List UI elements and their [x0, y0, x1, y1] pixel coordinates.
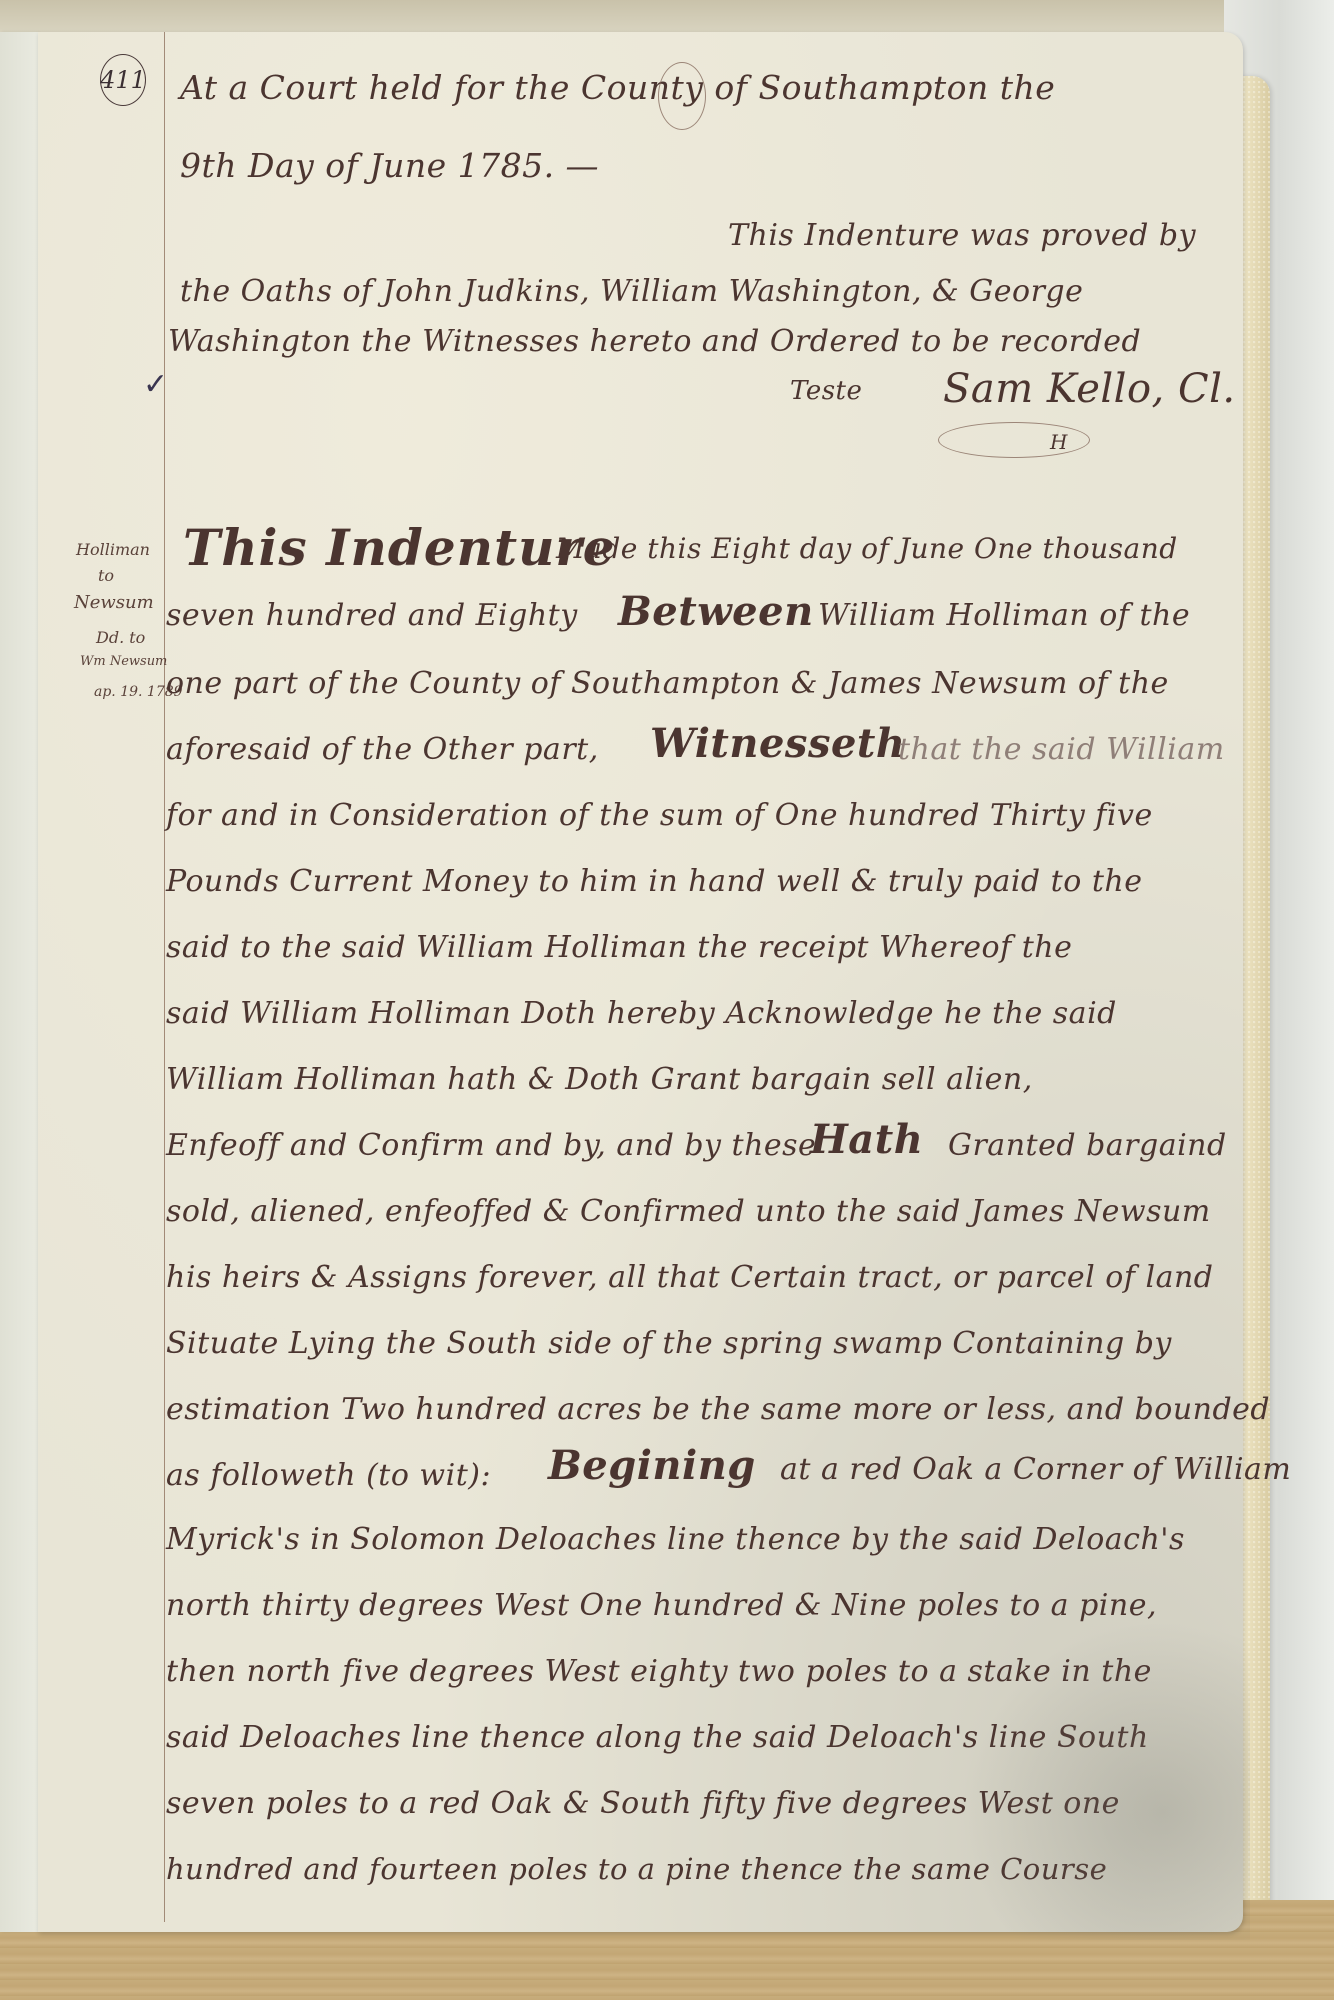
- indenture-line-13: Situate Lying the South side of the spri…: [166, 1326, 1172, 1361]
- certificate-line-5: Washington the Witnesses hereto and Orde…: [168, 324, 1141, 359]
- margin-note-line-3: Newsum: [74, 592, 154, 613]
- indenture-line-19: said Deloaches line thence along the sai…: [166, 1720, 1149, 1755]
- indenture-heading: This Indenture: [183, 518, 616, 577]
- margin-note-line-1: Holliman: [76, 540, 150, 559]
- indenture-line-6: Pounds Current Money to him in hand well…: [166, 864, 1142, 899]
- indenture-line-5: for and in Consideration of the sum of O…: [166, 798, 1153, 833]
- indenture-line-1: Made this Eight day of June One thousand: [556, 532, 1178, 565]
- certificate-line-4: the Oaths of John Judkins, William Washi…: [180, 274, 1083, 309]
- indenture-line-8: said William Holliman Doth hereby Acknow…: [166, 996, 1117, 1031]
- hath-keyword: Hath: [810, 1116, 923, 1163]
- between-keyword: Between: [618, 588, 814, 635]
- indenture-line-18: then north five degrees West eighty two …: [166, 1654, 1152, 1689]
- indenture-line-9: William Holliman hath & Doth Grant barga…: [166, 1062, 1033, 1097]
- margin-note-line-2: to: [98, 566, 114, 585]
- signature-sub-mark: H: [1050, 430, 1068, 454]
- indenture-line-2a: seven hundred and Eighty: [166, 598, 578, 633]
- teste-label: Teste: [790, 376, 862, 406]
- page-number-text: 411: [100, 66, 146, 94]
- indenture-line-15a: as followeth (to wit):: [166, 1458, 491, 1493]
- page-number: 411: [100, 54, 146, 106]
- clerk-signature: Sam Kello, Cl.: [943, 366, 1236, 412]
- certificate-line-3: This Indenture was proved by: [728, 218, 1196, 253]
- witnesseth-keyword: Witnesseth: [650, 720, 905, 767]
- indenture-line-4b: that the said William: [898, 732, 1225, 767]
- indenture-line-15b: at a red Oak a Corner of William: [780, 1452, 1291, 1487]
- indenture-line-3: one part of the County of Southampton & …: [166, 666, 1169, 701]
- indenture-line-21: hundred and fourteen poles to a pine the…: [166, 1852, 1107, 1886]
- margin-note-line-5: Wm Newsum: [80, 654, 167, 669]
- indenture-line-2b: William Holliman of the: [818, 598, 1190, 633]
- check-mark-icon: ✓: [143, 367, 168, 402]
- indenture-line-7: said to the said William Holliman the re…: [166, 930, 1072, 965]
- certificate-line-2: 9th Day of June 1785. —: [180, 146, 599, 185]
- indenture-line-12: his heirs & Assigns forever, all that Ce…: [166, 1260, 1214, 1295]
- indenture-line-17: north thirty degrees West One hundred & …: [166, 1588, 1157, 1623]
- manuscript-page: 411 At a Court held for the County of So…: [38, 32, 1243, 1932]
- certificate-line-1: At a Court held for the County of Southa…: [180, 68, 1055, 107]
- margin-rule: [164, 32, 165, 1922]
- indenture-line-20: seven poles to a red Oak & South fifty f…: [166, 1786, 1120, 1821]
- background-top: [0, 0, 1334, 32]
- indenture-line-14: estimation Two hundred acres be the same…: [166, 1392, 1270, 1427]
- margin-note-line-4: Dd. to: [96, 628, 145, 647]
- facing-page-edge: [0, 32, 38, 1932]
- indenture-line-11: sold, aliened, enfeoffed & Confirmed unt…: [166, 1194, 1211, 1229]
- indenture-line-10a: Enfeoff and Confirm and by, and by these: [166, 1128, 816, 1163]
- flourish-mark: [658, 62, 706, 130]
- begining-keyword: Begining: [548, 1442, 756, 1489]
- indenture-line-4a: aforesaid of the Other part,: [166, 732, 599, 767]
- indenture-line-10b: Granted bargaind: [948, 1128, 1227, 1163]
- indenture-line-16: Myrick's in Solomon Deloaches line thenc…: [166, 1522, 1185, 1557]
